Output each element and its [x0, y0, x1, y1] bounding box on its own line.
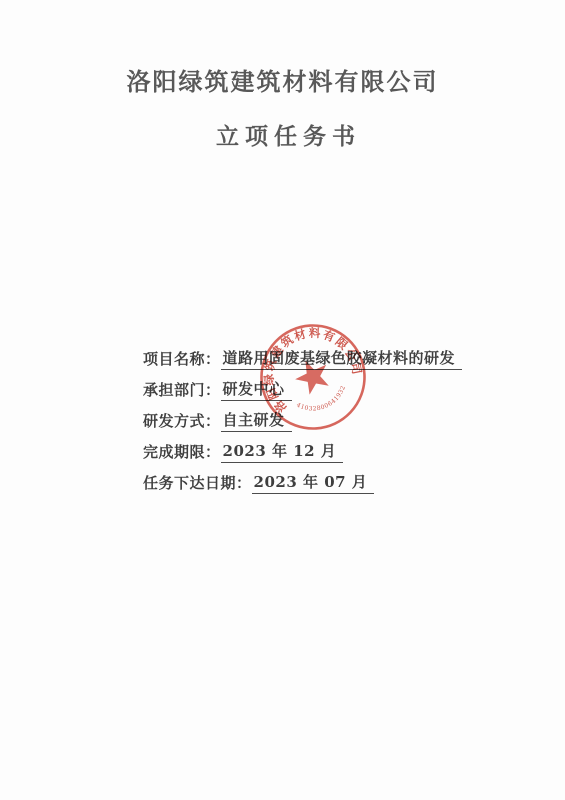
company-title: 洛阳绿筑建筑材料有限公司 — [0, 62, 565, 97]
deadline-value: 2023 年 12 月 — [221, 441, 344, 463]
issue-date-label: 任务下达日期： — [143, 472, 252, 494]
document-page: 洛阳绿筑建筑材料有限公司 立项任务书 项目名称： 道路用固废基绿色胶凝材料的研发… — [0, 0, 565, 800]
form-row-deadline: 完成期限： 2023 年 12 月 — [143, 441, 473, 463]
seal-registration-number: 41032800641932 — [293, 380, 352, 421]
department-label: 承担部门： — [143, 379, 221, 401]
document-title: 立项任务书 — [6, 118, 565, 151]
seal-star-icon — [290, 353, 335, 397]
rd-method-label: 研发方式： — [143, 410, 221, 432]
deadline-label: 完成期限： — [143, 441, 221, 463]
project-name-label: 项目名称： — [143, 348, 221, 370]
issue-date-value: 2023 年 07 月 — [252, 472, 375, 494]
form-row-issue-date: 任务下达日期： 2023 年 07 月 — [143, 472, 473, 494]
